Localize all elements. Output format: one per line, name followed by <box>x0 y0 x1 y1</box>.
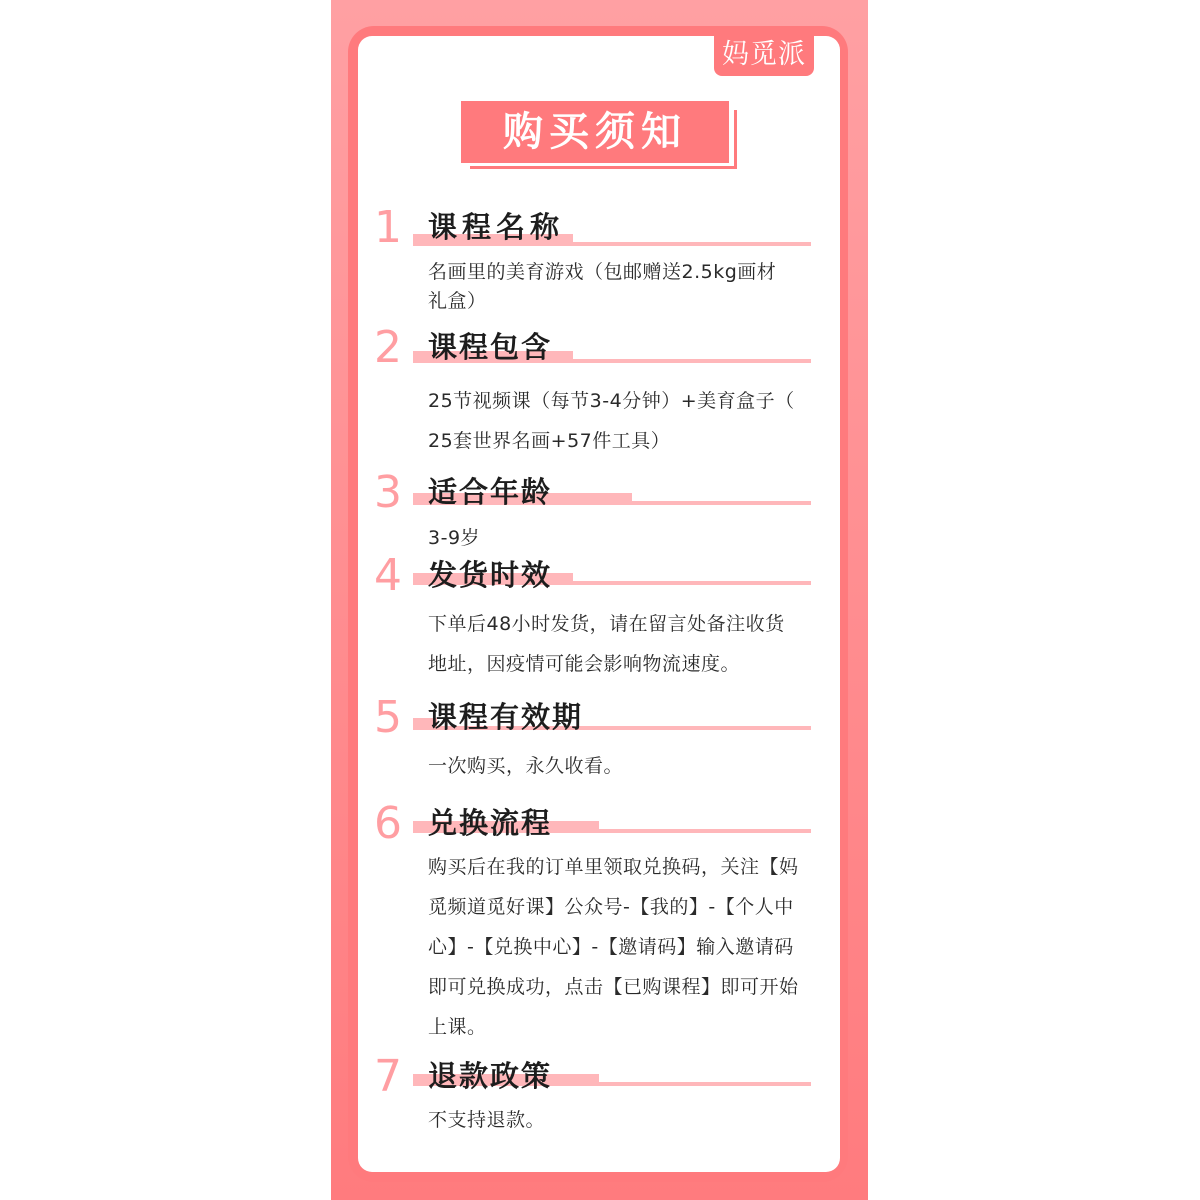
section-refund-policy: 7 退款政策 不支持退款。 <box>370 1052 840 1142</box>
section-suitable-age: 3 适合年龄 3-9岁 <box>370 468 840 553</box>
section-title: 适合年龄 <box>428 472 552 512</box>
section-validity: 5 课程有效期 一次购买，永久收看。 <box>370 693 840 788</box>
section-title: 退款政策 <box>428 1056 552 1096</box>
section-title: 课程有效期 <box>428 697 583 737</box>
section-title: 课程名称 <box>428 207 564 247</box>
section-number: 7 <box>374 1052 402 1102</box>
section-body: 25节视频课（每节3-4分钟）+美育盒子（ 25套世界名画+57件工具） <box>428 381 828 461</box>
section-title: 课程包含 <box>428 327 552 367</box>
section-number: 1 <box>374 203 402 253</box>
section-body: 不支持退款。 <box>428 1105 828 1135</box>
section-body: 下单后48小时发货，请在留言处备注收货 地址，因疫情可能会影响物流速度。 <box>428 604 828 684</box>
section-number: 3 <box>374 468 402 518</box>
section-course-name: 1 课程名称 名画里的美育游戏（包邮赠送2.5kg画材 礼盒） <box>370 203 840 318</box>
section-number: 6 <box>374 799 402 849</box>
section-title: 兑换流程 <box>428 803 552 843</box>
section-number: 4 <box>374 551 402 601</box>
section-shipping-time: 4 发货时效 下单后48小时发货，请在留言处备注收货 地址，因疫情可能会影响物流… <box>370 551 840 681</box>
section-title: 发货时效 <box>428 555 552 595</box>
section-body: 名画里的美育游戏（包邮赠送2.5kg画材 礼盒） <box>428 258 828 316</box>
section-redeem-process: 6 兑换流程 购买后在我的订单里领取兑换码，关注【妈 觅频道觅好课】公众号-【我… <box>370 799 840 1044</box>
section-number: 2 <box>374 323 402 373</box>
section-body: 一次购买，永久收看。 <box>428 751 828 781</box>
section-body: 3-9岁 <box>428 524 828 552</box>
section-body: 购买后在我的订单里领取兑换码，关注【妈 觅频道觅好课】公众号-【我的】-【个人中… <box>428 847 833 1047</box>
brand-logo: 妈觅派 <box>714 33 814 76</box>
page-title: 购买须知 <box>461 101 729 163</box>
section-number: 5 <box>374 693 402 743</box>
section-course-contents: 2 课程包含 25节视频课（每节3-4分钟）+美育盒子（ 25套世界名画+57件… <box>370 323 840 453</box>
